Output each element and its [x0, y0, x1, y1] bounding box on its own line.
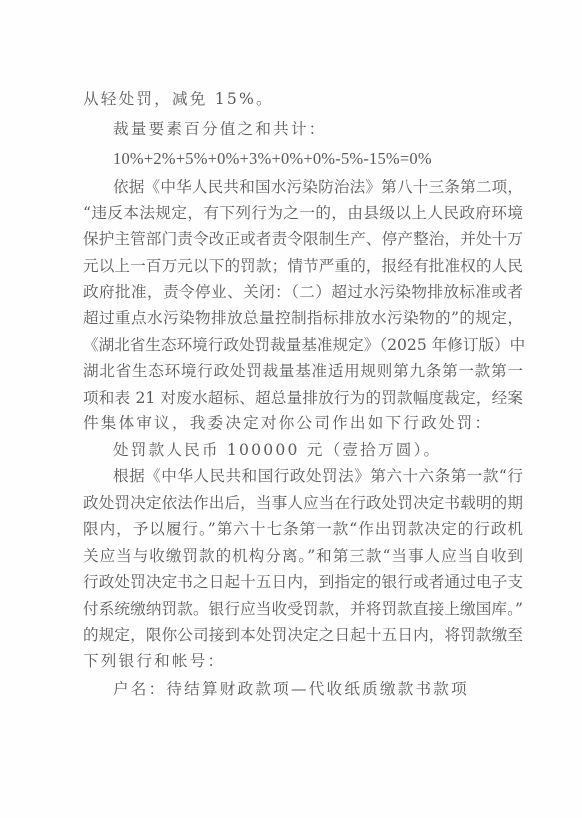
text-line: 下列银行和帐号：: [83, 651, 523, 671]
text-line: 的规定，限你公司接到本处罚决定之日起十五日内，将罚款缴至: [83, 625, 523, 645]
account-name-line: 户名：待结算财政款项—代收纸质缴款书款项: [113, 679, 523, 699]
text-line: 超过重点水污染物排放总量控制指标排放水污染物的”的规定，: [83, 308, 523, 328]
text-line: “违反本法规定，有下列行为之一的，由县级以上人民政府环境: [83, 203, 523, 223]
text-line: 限内，予以履行。”第六十七条第一款“作出罚款决定的行政机: [83, 519, 523, 539]
text-line: 关应当与收缴罚款的机构分离。”和第三款“当事人应当自收到: [83, 546, 523, 566]
text-line: 依据《中华人民共和国水污染防治法》第八十三条第二项，: [113, 177, 523, 197]
text-line: 政处罚决定依法作出后，当事人应当在行政处罚决定书载明的期: [83, 493, 523, 513]
text-line: 行政处罚决定书之日起十五日内，到指定的银行或者通过电子支: [83, 572, 523, 592]
text-line: 件集体审议，我委决定对你公司作出如下行政处罚：: [83, 413, 523, 433]
text-line: 《湖北省生态环境行政处罚裁量基准规定》（2025 年修订版）中: [83, 335, 523, 355]
text-line: 付系统缴纳罚款。银行应当收受罚款，并将罚款直接上缴国库。”: [83, 599, 523, 619]
text-line: 从轻处罚，减免 15%。: [83, 89, 523, 109]
text-line: 项和表 21 对废水超标、超总量排放行为的罚款幅度裁定，经案: [83, 388, 523, 408]
text-line: 元以上一百万元以下的罚款；情节严重的，报经有批准权的人民: [83, 256, 523, 276]
document-page: 从轻处罚，减免 15%。 裁量要素百分值之和共计： 10%+2%+5%+0%+3…: [0, 0, 582, 818]
text-line: 保护主管部门责令改正或者责令限制生产、停产整治，并处十万: [83, 229, 523, 249]
penalty-amount-line: 处罚款人民币 100000 元（壹拾万圆）。: [113, 440, 523, 460]
text-line: 政府批准，责令停业、关闭：（二）超过水污染物排放标准或者: [83, 282, 523, 302]
text-line: 根据《中华人民共和国行政处罚法》第六十六条第一款“行: [113, 466, 523, 486]
text-line: 湖北省生态环境行政处罚裁量基准适用规则第九条第一款第一: [83, 361, 523, 381]
text-line: 裁量要素百分值之和共计：: [113, 119, 523, 139]
formula-line: 10%+2%+5%+0%+3%+0%+0%-5%-15%=0%: [113, 149, 523, 169]
